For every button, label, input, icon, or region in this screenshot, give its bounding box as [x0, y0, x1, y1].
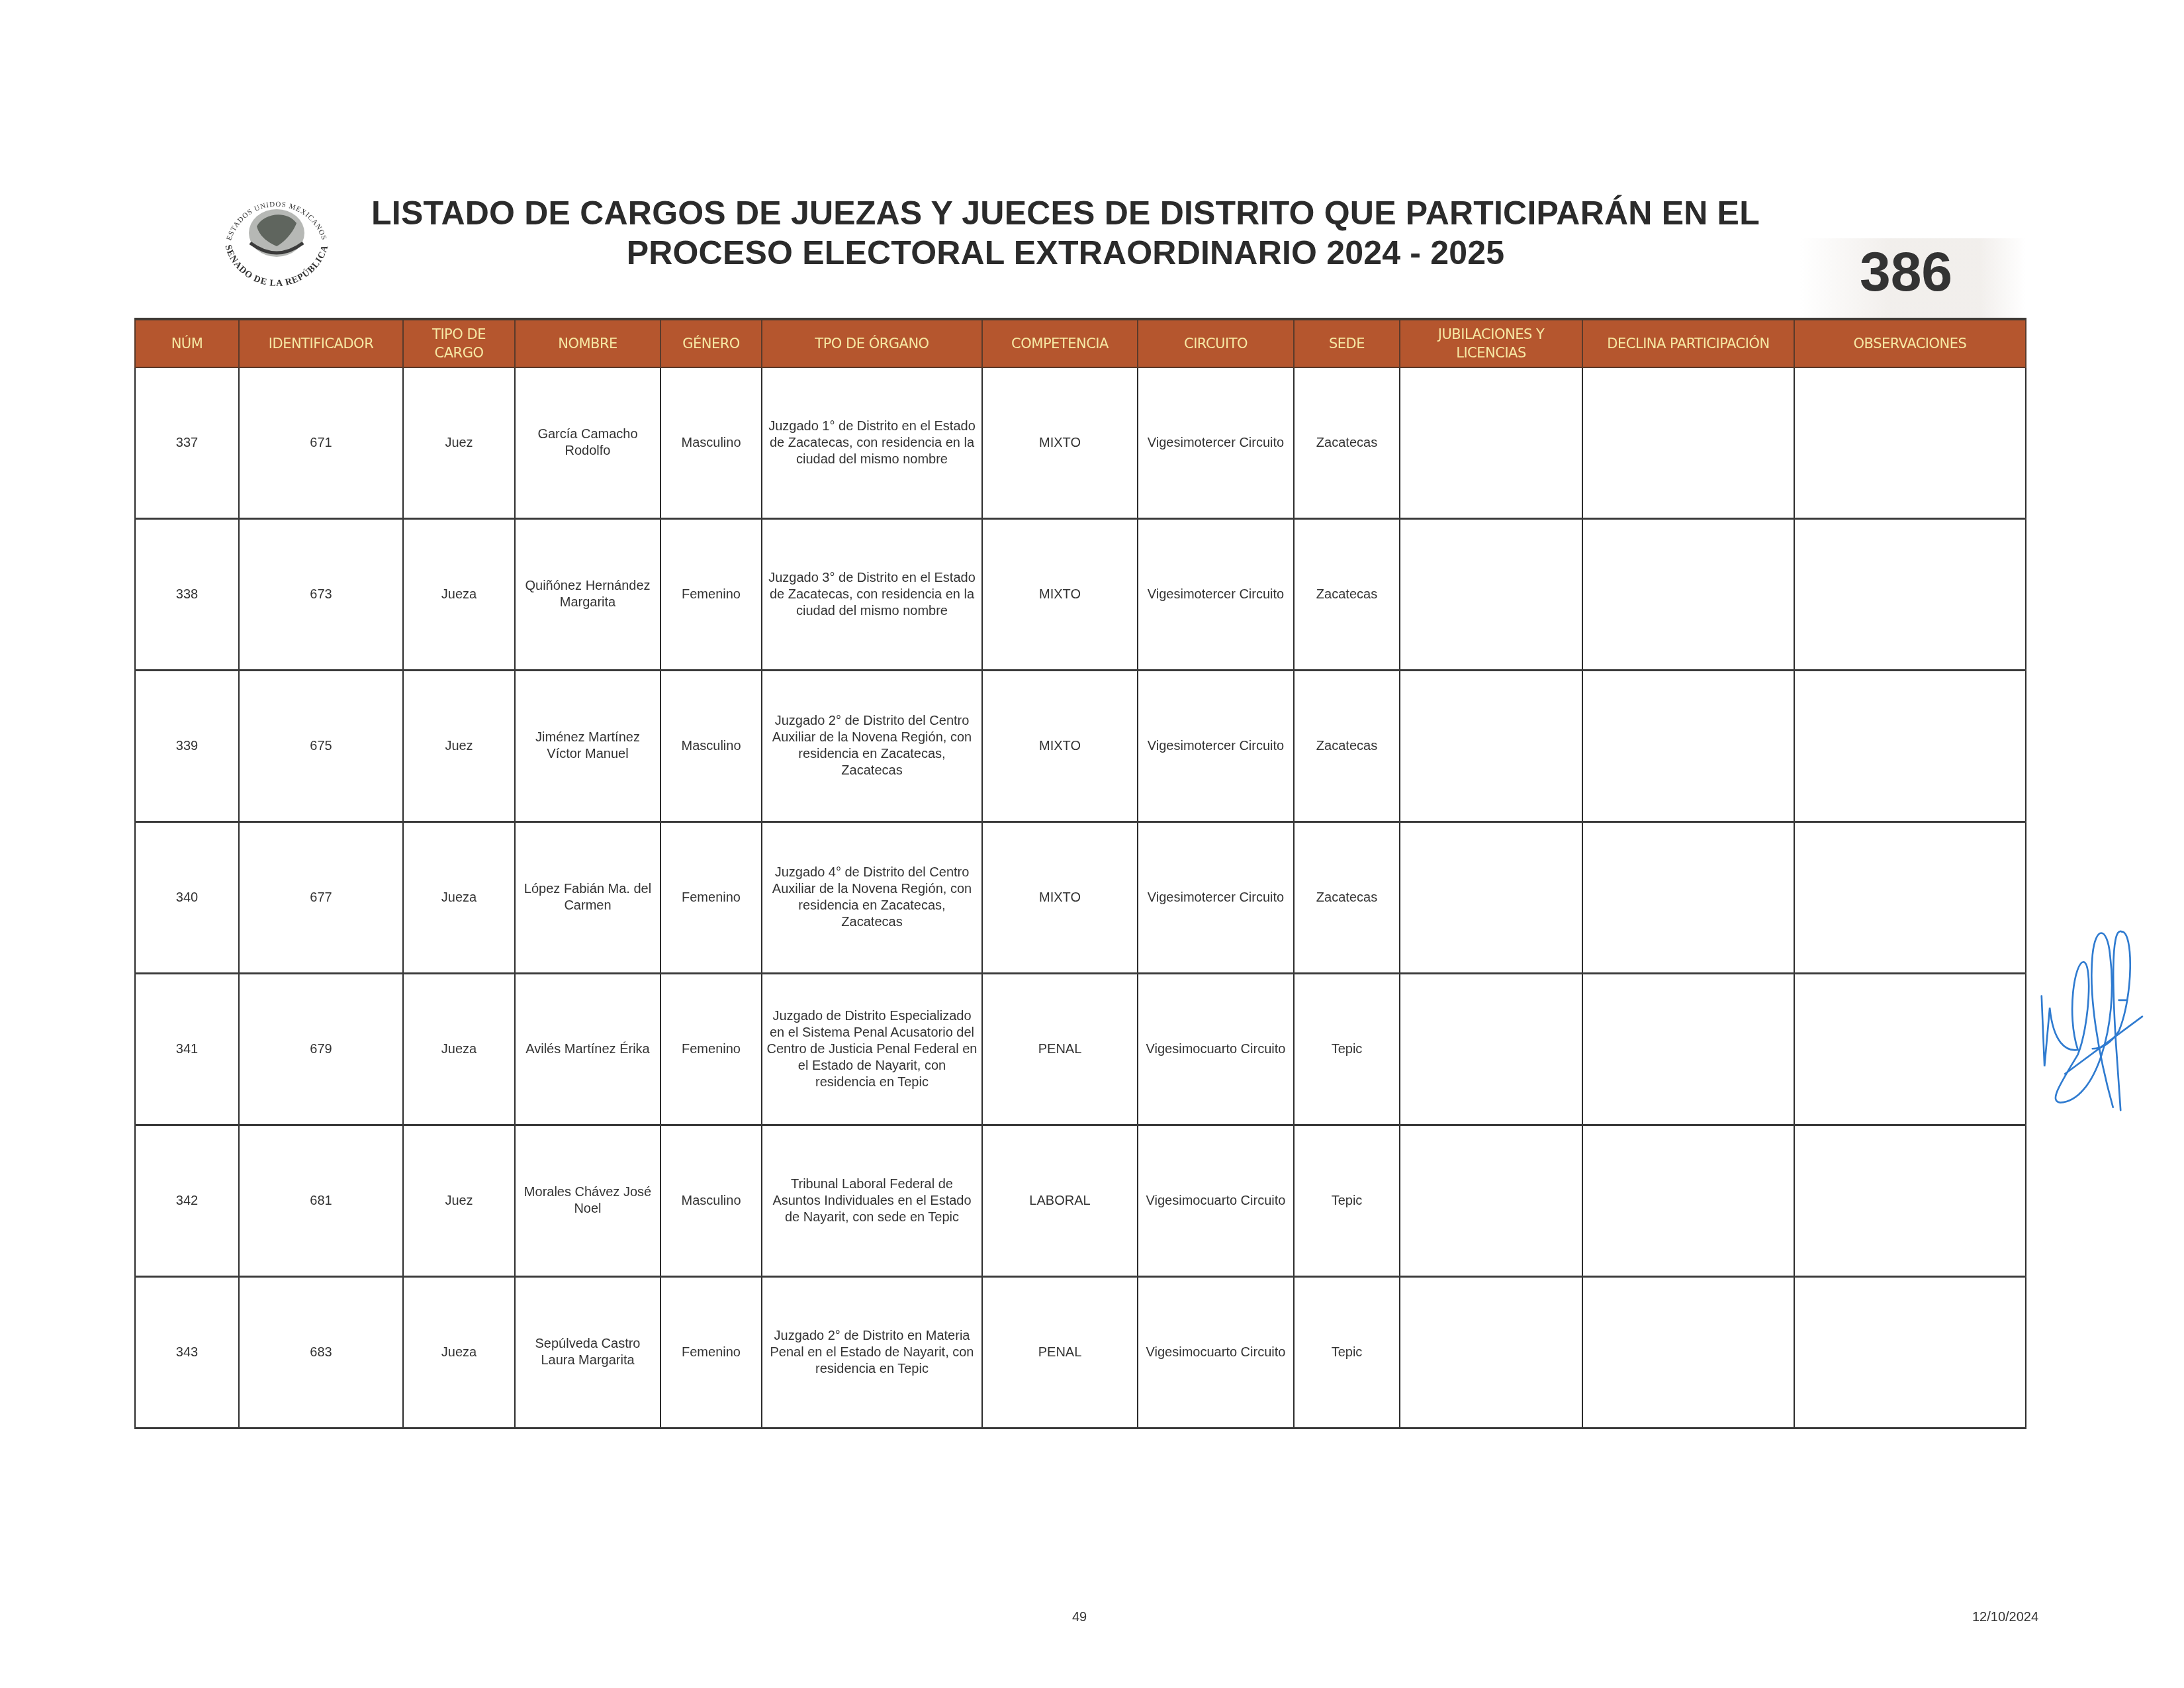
column-header-competencia: COMPETENCIA	[982, 319, 1138, 367]
column-header-nombre: NOMBRE	[515, 319, 660, 367]
cell-genero: Femenino	[660, 519, 762, 671]
cell-sede: Tepic	[1294, 974, 1400, 1125]
column-header-observaciones: OBSERVACIONES	[1794, 319, 2026, 367]
cell-tipo-cargo: Jueza	[403, 974, 515, 1125]
cell-observaciones	[1794, 822, 2026, 974]
cell-tipo-cargo: Juez	[403, 671, 515, 822]
cell-identificador: 681	[239, 1125, 403, 1277]
cell-genero: Femenino	[660, 974, 762, 1125]
cell-observaciones	[1794, 1277, 2026, 1429]
cell-jubilaciones	[1400, 367, 1582, 519]
cell-tipo-cargo: Juez	[403, 367, 515, 519]
cell-declina	[1582, 671, 1794, 822]
cell-jubilaciones	[1400, 671, 1582, 822]
column-header-tipo-cargo: TIPO DE CARGO	[403, 319, 515, 367]
cell-circuito: Vigesimocuarto Circuito	[1138, 1125, 1294, 1277]
cell-declina	[1582, 1125, 1794, 1277]
cell-num: 337	[135, 367, 239, 519]
cell-competencia: MIXTO	[982, 519, 1138, 671]
footer-page-number: 49	[1072, 1610, 1087, 1625]
cell-circuito: Vigesimocuarto Circuito	[1138, 1277, 1294, 1429]
cell-genero: Masculino	[660, 671, 762, 822]
table-row: 340677JuezaLópez Fabián Ma. del CarmenFe…	[135, 822, 2026, 974]
cell-organo: Juzgado 2° de Distrito del Centro Auxili…	[762, 671, 982, 822]
cell-competencia: MIXTO	[982, 822, 1138, 974]
column-header-declina: DECLINA PARTICIPACIÓN	[1582, 319, 1794, 367]
judges-table: NÚM IDENTIFICADOR TIPO DE CARGO NOMBRE G…	[134, 318, 2026, 1429]
table-row: 341679JuezaAvilés Martínez ÉrikaFemenino…	[135, 974, 2026, 1125]
cell-genero: Masculino	[660, 367, 762, 519]
cell-declina	[1582, 974, 1794, 1125]
cell-num: 342	[135, 1125, 239, 1277]
cell-genero: Femenino	[660, 1277, 762, 1429]
cell-sede: Zacatecas	[1294, 822, 1400, 974]
table-header-row: NÚM IDENTIFICADOR TIPO DE CARGO NOMBRE G…	[135, 319, 2026, 367]
cell-identificador: 671	[239, 367, 403, 519]
table-row: 342681JuezMorales Chávez José NoelMascul…	[135, 1125, 2026, 1277]
title-line-1: LISTADO DE CARGOS DE JUEZAS Y JUECES DE …	[371, 193, 1760, 233]
cell-identificador: 683	[239, 1277, 403, 1429]
cell-declina	[1582, 367, 1794, 519]
table-row: 338673JuezaQuiñónez Hernández MargaritaF…	[135, 519, 2026, 671]
cell-tipo-cargo: Jueza	[403, 519, 515, 671]
cell-genero: Masculino	[660, 1125, 762, 1277]
senado-seal-icon: ESTADOS UNIDOS MEXICANOS SENADO DE LA RE…	[210, 180, 343, 286]
cell-num: 340	[135, 822, 239, 974]
cell-jubilaciones	[1400, 1125, 1582, 1277]
cell-genero: Femenino	[660, 822, 762, 974]
cell-competencia: PENAL	[982, 1277, 1138, 1429]
table-row: 337671JuezGarcía Camacho RodolfoMasculin…	[135, 367, 2026, 519]
cell-competencia: MIXTO	[982, 367, 1138, 519]
cell-nombre: García Camacho Rodolfo	[515, 367, 660, 519]
column-header-identificador: IDENTIFICADOR	[239, 319, 403, 367]
cell-tipo-cargo: Jueza	[403, 1277, 515, 1429]
cell-declina	[1582, 822, 1794, 974]
cell-nombre: Sepúlveda Castro Laura Margarita	[515, 1277, 660, 1429]
cell-declina	[1582, 1277, 1794, 1429]
cell-sede: Tepic	[1294, 1277, 1400, 1429]
cell-sede: Zacatecas	[1294, 671, 1400, 822]
cell-observaciones	[1794, 519, 2026, 671]
cell-num: 339	[135, 671, 239, 822]
cell-observaciones	[1794, 974, 2026, 1125]
footer-date: 12/10/2024	[1972, 1610, 2038, 1625]
cell-jubilaciones	[1400, 519, 1582, 671]
cell-organo: Tribunal Laboral Federal de Asuntos Indi…	[762, 1125, 982, 1277]
page-title: LISTADO DE CARGOS DE JUEZAS Y JUECES DE …	[371, 193, 1760, 273]
cell-jubilaciones	[1400, 822, 1582, 974]
cell-sede: Zacatecas	[1294, 367, 1400, 519]
column-header-sede: SEDE	[1294, 319, 1400, 367]
cell-nombre: Quiñónez Hernández Margarita	[515, 519, 660, 671]
cell-nombre: Avilés Martínez Érika	[515, 974, 660, 1125]
table-row: 343683JuezaSepúlveda Castro Laura Margar…	[135, 1277, 2026, 1429]
cell-sede: Zacatecas	[1294, 519, 1400, 671]
cell-num: 338	[135, 519, 239, 671]
title-line-2: PROCESO ELECTORAL EXTRAORDINARIO 2024 - …	[371, 233, 1760, 273]
cell-competencia: PENAL	[982, 974, 1138, 1125]
cell-organo: Juzgado de Distrito Especializado en el …	[762, 974, 982, 1125]
cell-identificador: 673	[239, 519, 403, 671]
cell-competencia: MIXTO	[982, 671, 1138, 822]
cell-circuito: Vigesimotercer Circuito	[1138, 671, 1294, 822]
cell-organo: Juzgado 2° de Distrito en Materia Penal …	[762, 1277, 982, 1429]
cell-identificador: 679	[239, 974, 403, 1125]
cell-tipo-cargo: Jueza	[403, 822, 515, 974]
stamp-number: 386	[1840, 240, 1972, 304]
cell-tipo-cargo: Juez	[403, 1125, 515, 1277]
cell-nombre: Jiménez Martínez Víctor Manuel	[515, 671, 660, 822]
cell-organo: Juzgado 4° de Distrito del Centro Auxili…	[762, 822, 982, 974]
cell-sede: Tepic	[1294, 1125, 1400, 1277]
cell-observaciones	[1794, 367, 2026, 519]
cell-num: 343	[135, 1277, 239, 1429]
cell-observaciones	[1794, 1125, 2026, 1277]
cell-declina	[1582, 519, 1794, 671]
column-header-circuito: CIRCUITO	[1138, 319, 1294, 367]
cell-observaciones	[1794, 671, 2026, 822]
cell-jubilaciones	[1400, 974, 1582, 1125]
cell-identificador: 675	[239, 671, 403, 822]
column-header-num: NÚM	[135, 319, 239, 367]
column-header-genero: GÉNERO	[660, 319, 762, 367]
cell-nombre: Morales Chávez José Noel	[515, 1125, 660, 1277]
column-header-organo: TPO DE ÓRGANO	[762, 319, 982, 367]
cell-jubilaciones	[1400, 1277, 1582, 1429]
cell-num: 341	[135, 974, 239, 1125]
cell-competencia: LABORAL	[982, 1125, 1138, 1277]
cell-circuito: Vigesimotercer Circuito	[1138, 519, 1294, 671]
cell-identificador: 677	[239, 822, 403, 974]
table-row: 339675JuezJiménez Martínez Víctor Manuel…	[135, 671, 2026, 822]
handwritten-signature-icon	[2025, 907, 2177, 1132]
cell-organo: Juzgado 1° de Distrito en el Estado de Z…	[762, 367, 982, 519]
cell-nombre: López Fabián Ma. del Carmen	[515, 822, 660, 974]
column-header-jubilaciones: JUBILACIONES Y LICENCIAS	[1400, 319, 1582, 367]
cell-circuito: Vigesimocuarto Circuito	[1138, 974, 1294, 1125]
cell-circuito: Vigesimotercer Circuito	[1138, 367, 1294, 519]
cell-circuito: Vigesimotercer Circuito	[1138, 822, 1294, 974]
cell-organo: Juzgado 3° de Distrito en el Estado de Z…	[762, 519, 982, 671]
